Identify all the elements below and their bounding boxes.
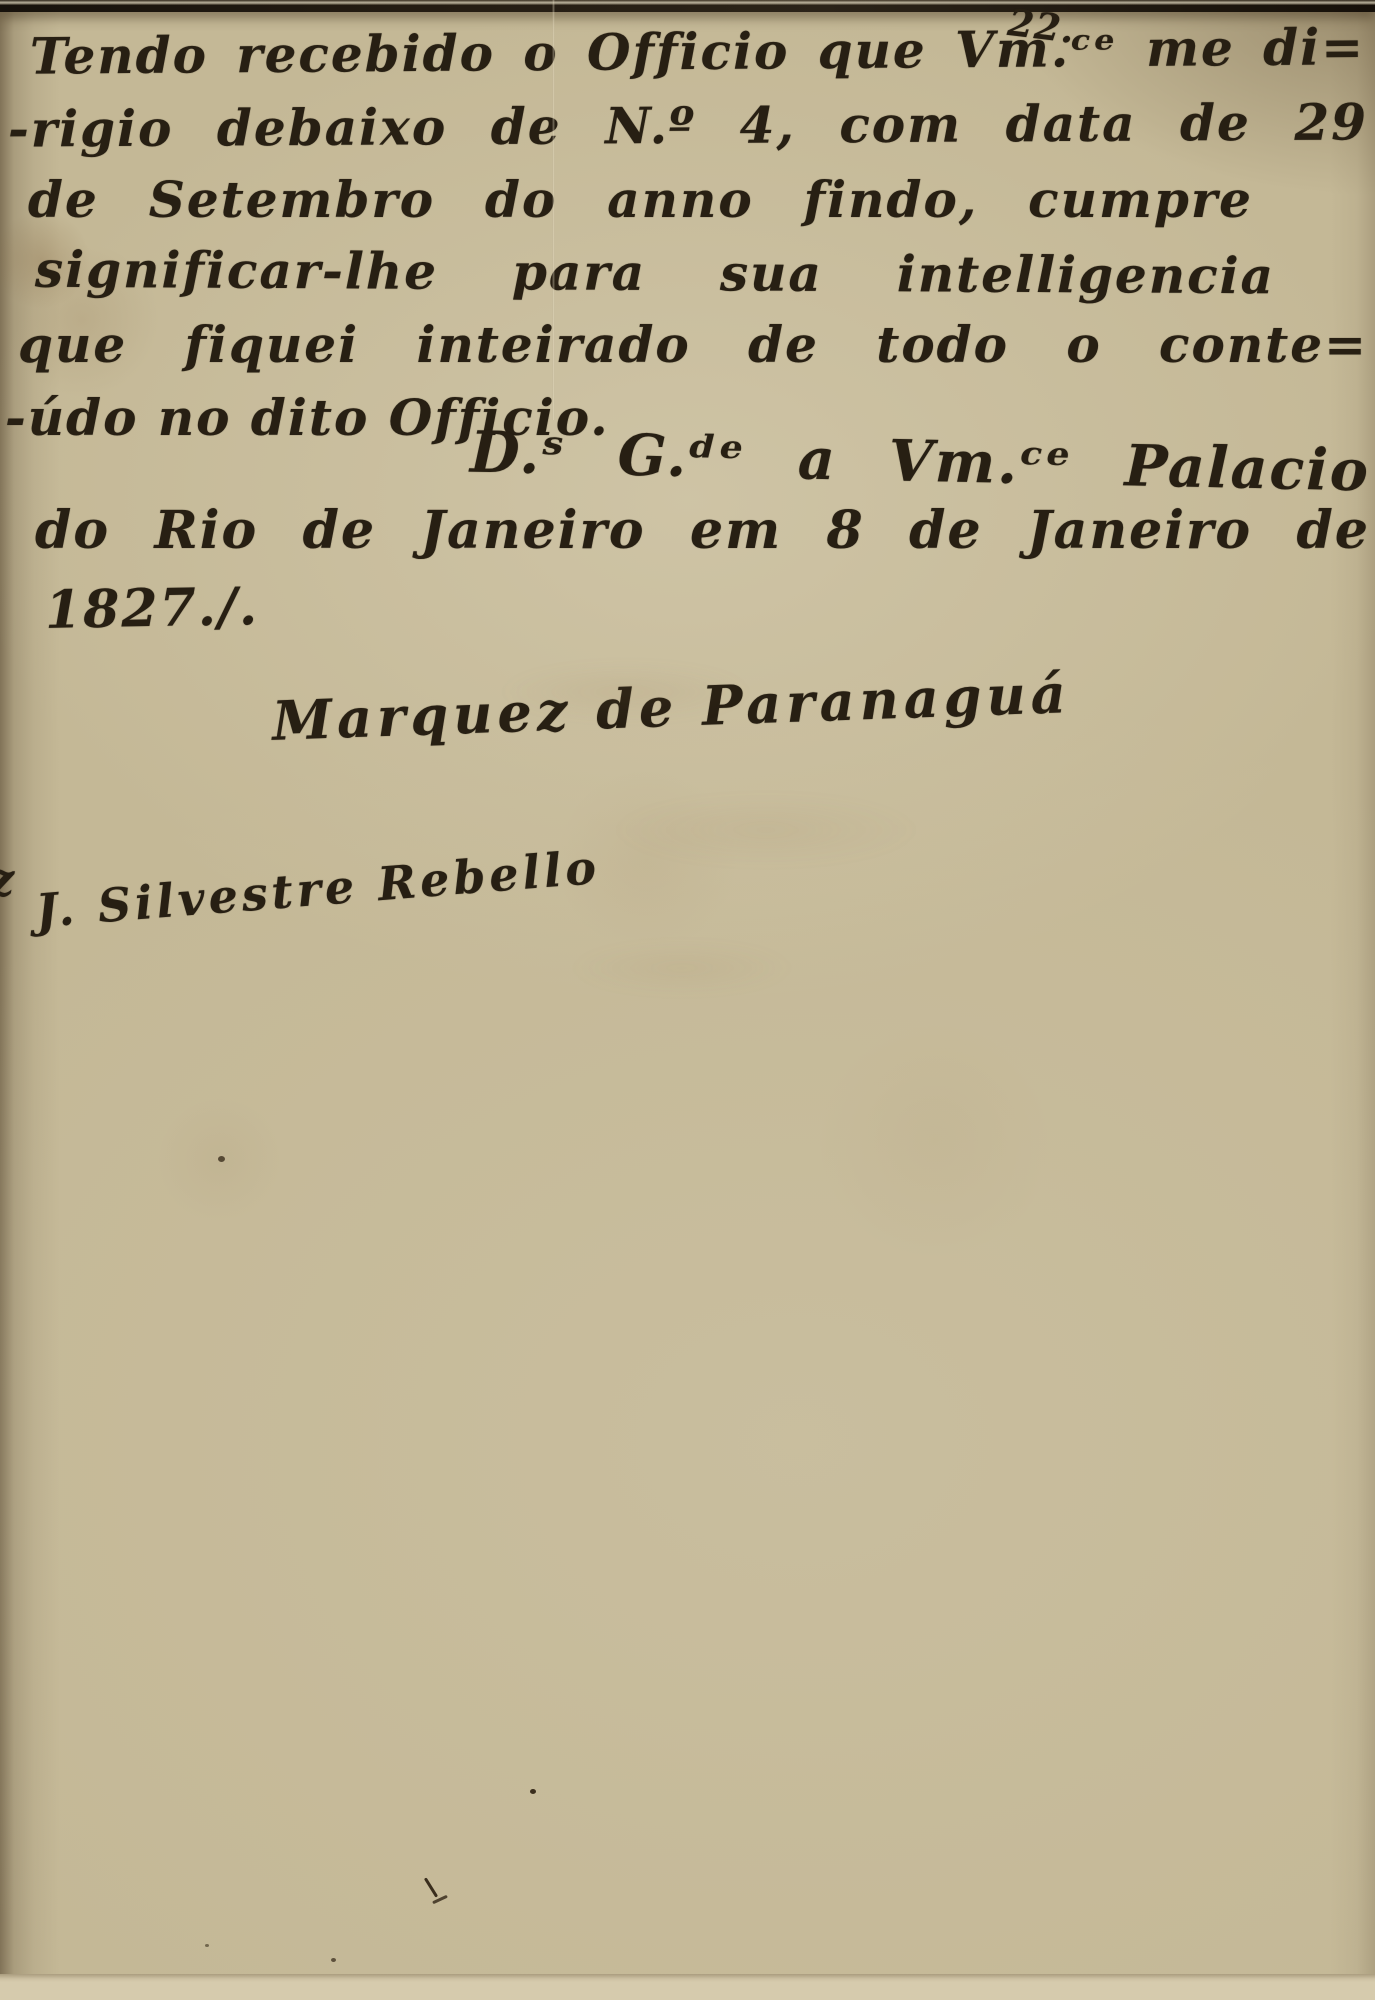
valediction-line: D.ˢ G.ᵈᵉ a Vm.ᶜᵉ Palacio <box>469 419 1370 505</box>
ink-speck <box>530 1789 536 1794</box>
manuscript-page: 22. Tendo recebido o Officio que Vm.ᶜᵉ m… <box>0 0 1375 2000</box>
manuscript-line-2: -rigio debaixo de N.º 4, com data de 29 <box>8 92 1368 159</box>
ink-speck <box>331 1958 336 1962</box>
signature-marquez-de-paranagua: Marquez de Paranaguá <box>271 661 1072 753</box>
ink-stroke-mark <box>424 1877 438 1897</box>
manuscript-line-3: de Setembro do anno findo, cumpre <box>28 170 1253 230</box>
page-bottom-edge <box>0 1974 1375 2000</box>
edge-fragment: z <box>0 852 16 906</box>
manuscript-line-4: significar-lhe para sua intelligencia <box>35 240 1275 306</box>
manuscript-line-5: que fiquei inteirado de todo o conte= <box>18 315 1368 375</box>
year-line: 1827./. <box>44 576 259 641</box>
addressee-annotation: J. Silvestre Rebello <box>34 840 602 938</box>
manuscript-line-1: Tendo recebido o Officio que Vm.ᶜᵉ me di… <box>30 17 1365 86</box>
ink-speck <box>218 1156 225 1162</box>
place-date-line: do Rio de Janeiro em 8 de Janeiro de <box>35 500 1370 561</box>
ink-speck <box>205 1944 209 1947</box>
page-top-edge <box>0 0 1375 12</box>
